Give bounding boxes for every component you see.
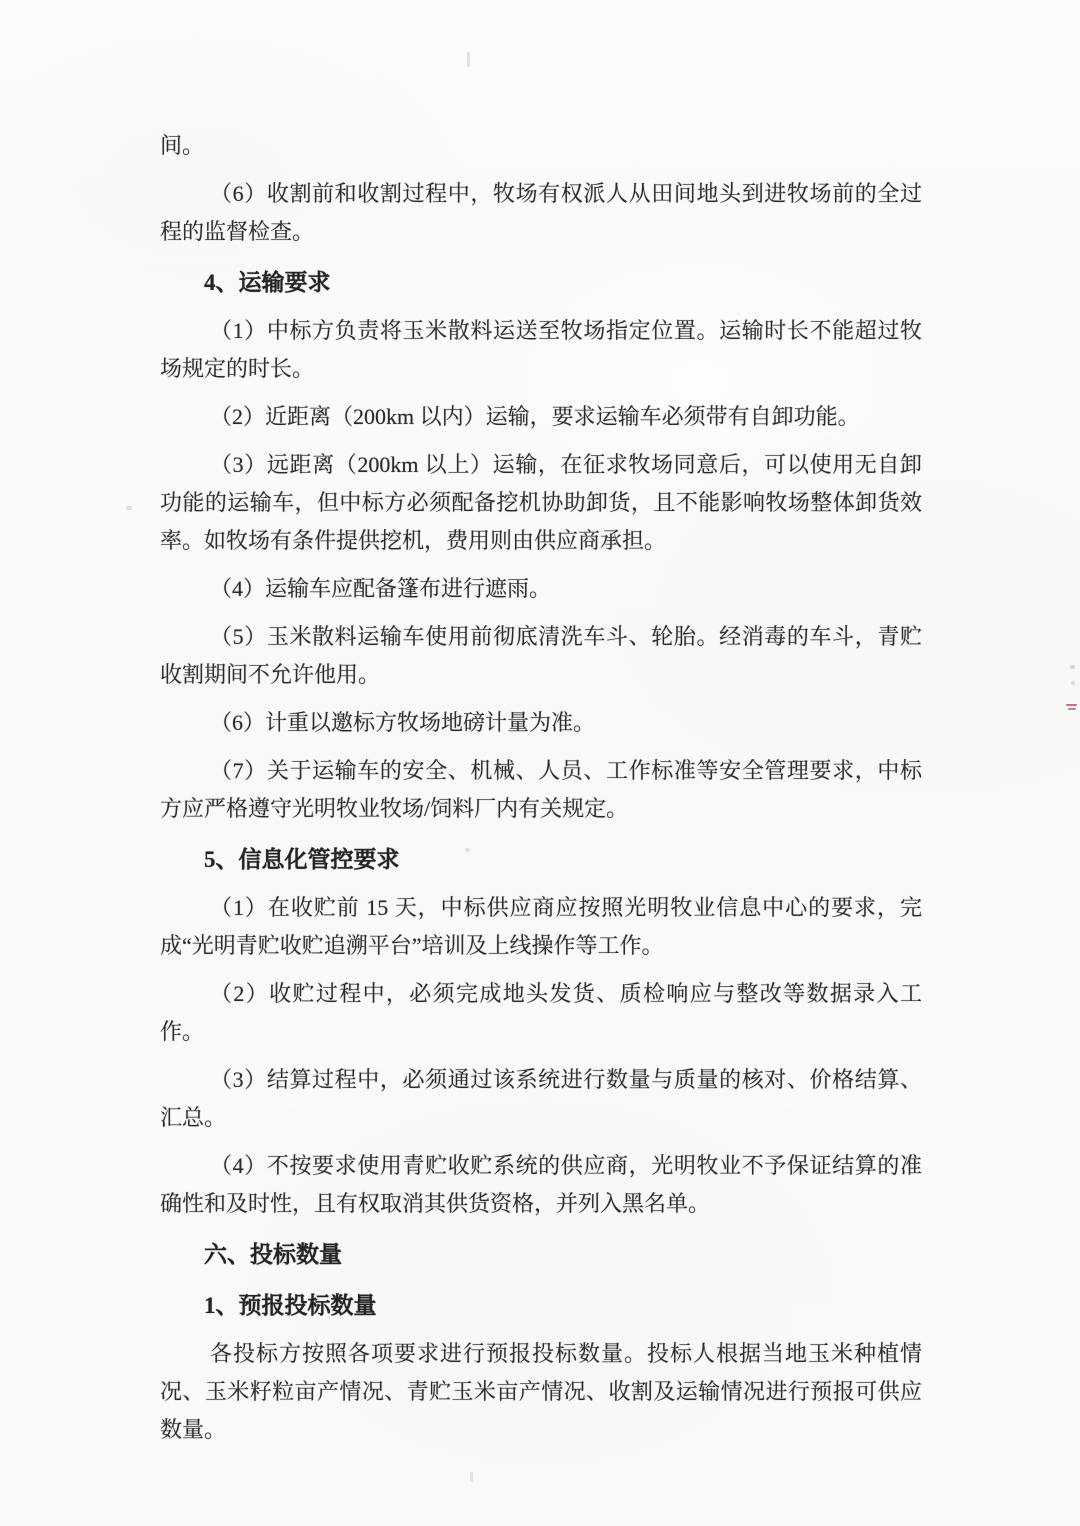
paragraph: （6）计重以邀标方牧场地磅计量为准。 bbox=[160, 704, 922, 742]
paragraph: （7）关于运输车的安全、机械、人员、工作标准等安全管理要求，中标方应严格遵守光明… bbox=[160, 752, 922, 828]
scan-speck bbox=[467, 52, 470, 67]
paragraph: （4）不按要求使用青贮收贮系统的供应商，光明牧业不予保证结算的准确性和及时性，且… bbox=[160, 1147, 922, 1223]
paragraph: 各投标方按照各项要求进行预报投标数量。投标人根据当地玉米种植情况、玉米籽粒亩产情… bbox=[160, 1335, 922, 1449]
paragraph: （4）运输车应配备篷布进行遮雨。 bbox=[160, 570, 922, 608]
scan-speck bbox=[470, 1472, 473, 1482]
chapter-heading: 六、投标数量 bbox=[160, 1236, 922, 1274]
paragraph: （3）结算过程中，必须通过该系统进行数量与质量的核对、价格结算、汇总。 bbox=[160, 1061, 922, 1137]
paragraph: （2）近距离（200km 以内）运输，要求运输车必须带有自卸功能。 bbox=[160, 398, 922, 436]
edge-gray-speck bbox=[1071, 681, 1075, 685]
section-heading: 5、信息化管控要求 bbox=[160, 841, 922, 879]
edge-red-mark-stroke bbox=[1066, 704, 1077, 706]
edge-red-mark-stroke bbox=[1068, 708, 1076, 710]
paragraph: （1）中标方负责将玉米散料运送至牧场指定位置。运输时长不能超过牧场规定的时长。 bbox=[160, 312, 922, 388]
paragraph: （1）在收贮前 15 天，中标供应商应按照光明牧业信息中心的要求，完成“光明青贮… bbox=[160, 889, 922, 965]
scan-speck bbox=[126, 506, 132, 510]
paragraph: （2）收贮过程中，必须完成地头发货、质检响应与整改等数据录入工作。 bbox=[160, 975, 922, 1051]
paragraph: （6）收割前和收割过程中，牧场有权派人从田间地头到进牧场前的全过程的监督检查。 bbox=[160, 175, 922, 251]
paragraph-tail: 间。 bbox=[160, 127, 922, 165]
section-heading: 1、预报投标数量 bbox=[160, 1287, 922, 1325]
section-heading: 4、运输要求 bbox=[160, 264, 922, 302]
edge-gray-speck bbox=[1070, 665, 1075, 669]
document-page-content: 间。（6）收割前和收割过程中，牧场有权派人从田间地头到进牧场前的全过程的监督检查… bbox=[160, 127, 922, 1449]
paragraph: （5）玉米散料运输车使用前彻底清洗车斗、轮胎。经消毒的车斗，青贮收割期间不允许他… bbox=[160, 618, 922, 694]
paragraph: （3）远距离（200km 以上）运输，在征求牧场同意后，可以使用无自卸功能的运输… bbox=[160, 446, 922, 560]
